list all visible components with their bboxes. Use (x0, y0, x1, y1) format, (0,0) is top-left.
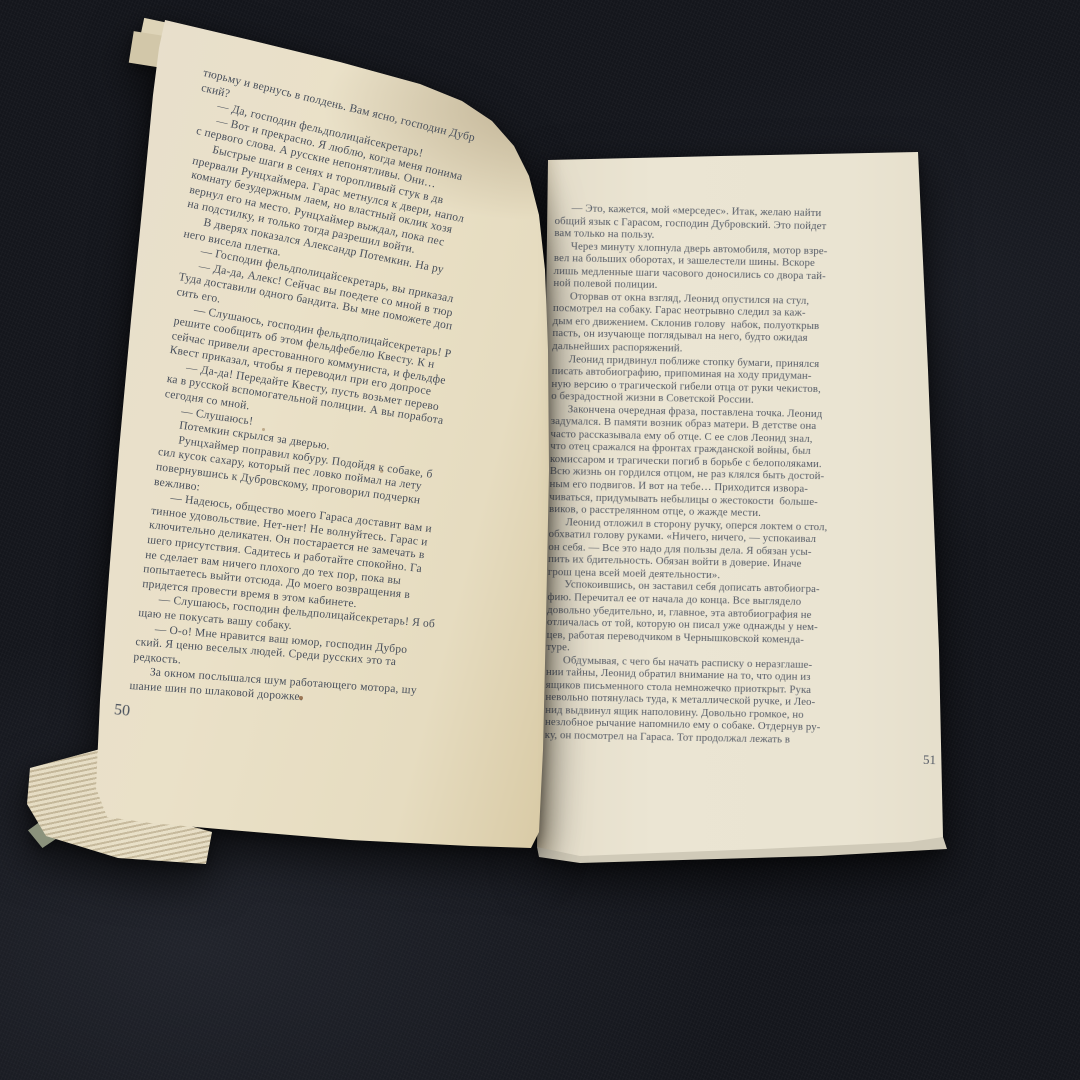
right-page-number: 51 (923, 752, 936, 768)
paper-speck (380, 470, 383, 473)
book-right-page-block: — Это, кажется, мой «мерседес». Итак, же… (520, 130, 990, 880)
left-page-number: 50 (113, 701, 131, 721)
paper-speck (299, 696, 303, 700)
right-page-text: — Это, кажется, мой «мерседес». Итак, же… (545, 202, 955, 749)
paper-speck (262, 428, 265, 431)
left-page-text: тюрьму и вернусь в полдень. Вам ясно, го… (0, 66, 580, 694)
photo-of-open-book: тюрьму и вернусь в полдень. Вам ясно, го… (0, 0, 1080, 1080)
book-left-page-block: тюрьму и вернусь в полдень. Вам ясно, го… (0, 0, 580, 900)
right-page: — Это, кажется, мой «мерседес». Итак, же… (520, 130, 990, 880)
